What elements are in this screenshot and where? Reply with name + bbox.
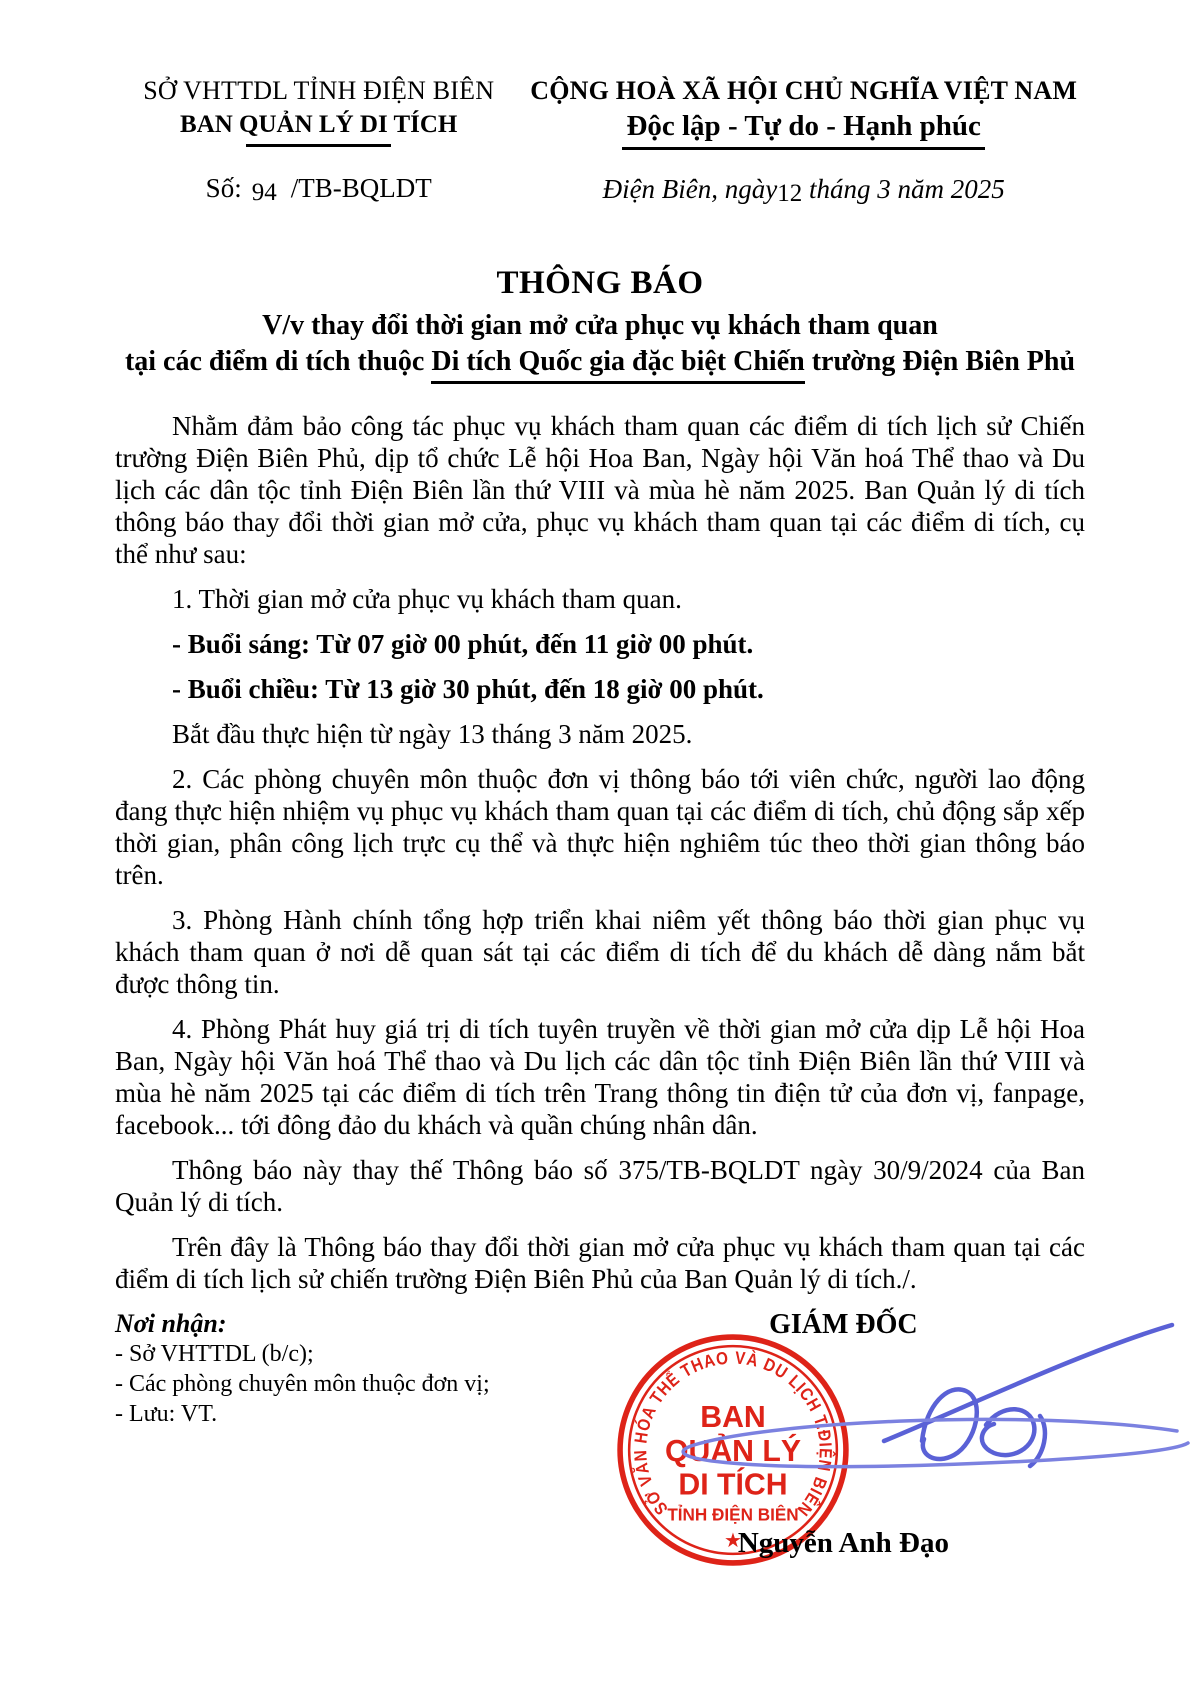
document-number: Số:94/TB-BQLDT xyxy=(115,173,522,204)
document-body: Nhằm đảm bảo công tác phục vụ khách tham… xyxy=(115,410,1085,1295)
date-day-value: 12 xyxy=(777,180,802,207)
body-paragraph-afternoon-hours: - Buổi chiều: Từ 13 giờ 30 phút, đến 18 … xyxy=(115,673,1085,705)
national-motto-block: CỘNG HOÀ XÃ HỘI CHỦ NGHĨA VIỆT NAM Độc l… xyxy=(522,76,1085,205)
document-header: SỞ VHTTDL TỈNH ĐIỆN BIÊN BAN QUẢN LÝ DI … xyxy=(115,76,1085,205)
place-and-date: Điện Biên, ngày12 tháng 3 năm 2025 xyxy=(522,174,1085,205)
recipient-item: - Các phòng chuyên môn thuộc đơn vị; xyxy=(115,1369,542,1399)
issuing-org-block: SỞ VHTTDL TỈNH ĐIỆN BIÊN BAN QUẢN LÝ DI … xyxy=(115,76,522,204)
body-paragraph: Thông báo này thay thế Thông báo số 375/… xyxy=(115,1154,1085,1218)
place-date-suffix: tháng 3 năm 2025 xyxy=(802,174,1005,204)
place-date-prefix: Điện Biên, ngày xyxy=(603,174,778,204)
org-name-underline xyxy=(246,144,391,147)
document-number-value: 94 xyxy=(252,179,277,206)
recipients-block: Nơi nhận: - Sở VHTTDL (b/c); - Các phòng… xyxy=(115,1309,542,1560)
subject-line-2-pre: tại các điểm di tích thuộc xyxy=(125,346,431,377)
signer-name: Nguyễn Anh Đạo xyxy=(542,1527,1085,1560)
subject-line-2: tại các điểm di tích thuộc Di tích Quốc … xyxy=(115,344,1085,383)
document-title: THÔNG BÁO xyxy=(115,265,1085,302)
body-paragraph: Trên đây là Thông báo thay đổi thời gian… xyxy=(115,1231,1085,1295)
recipients-label: Nơi nhận: xyxy=(115,1309,542,1339)
body-paragraph: 1. Thời gian mở cửa phục vụ khách tham q… xyxy=(115,583,1085,615)
recipient-item: - Sở VHTTDL (b/c); xyxy=(115,1339,542,1369)
body-paragraph: 3. Phòng Hành chính tổng hợp triển khai … xyxy=(115,904,1085,1000)
body-paragraph: Nhằm đảm bảo công tác phục vụ khách tham… xyxy=(115,410,1085,570)
signature-ink xyxy=(632,1313,1192,1548)
national-motto: Độc lập - Tự do - Hạnh phúc xyxy=(622,110,985,150)
body-paragraph-morning-hours: - Buổi sáng: Từ 07 giờ 00 phút, đến 11 g… xyxy=(115,628,1085,660)
signature-letters xyxy=(922,1389,1045,1466)
official-document: SỞ VHTTDL TỈNH ĐIỆN BIÊN BAN QUẢN LÝ DI … xyxy=(0,0,1200,1560)
parent-org-name: SỞ VHTTDL TỈNH ĐIỆN BIÊN xyxy=(115,76,522,106)
document-footer: Nơi nhận: - Sở VHTTDL (b/c); - Các phòng… xyxy=(115,1309,1085,1560)
document-number-label: Số: xyxy=(206,173,242,203)
body-paragraph: 2. Các phòng chuyên môn thuộc đơn vị thô… xyxy=(115,763,1085,891)
body-paragraph: 4. Phòng Phát huy giá trị di tích tuyên … xyxy=(115,1013,1085,1141)
subject-line-2-post: trường Điện Biên Phủ xyxy=(805,346,1075,377)
signing-block: GIÁM ĐỐC SỞ VĂN HÓA THỂ THAO VÀ DU LỊCH … xyxy=(542,1309,1085,1560)
org-name: BAN QUẢN LÝ DI TÍCH xyxy=(115,111,522,139)
subject-line-2-underlined: Di tích Quốc gia đặc biệt Chiến xyxy=(431,346,804,383)
national-title: CỘNG HOÀ XÃ HỘI CHỦ NGHĨA VIỆT NAM xyxy=(522,76,1085,106)
title-block: THÔNG BÁO V/v thay đổi thời gian mở cửa … xyxy=(115,265,1085,384)
recipient-item: - Lưu: VT. xyxy=(115,1399,542,1429)
subject-line-1: V/v thay đổi thời gian mở cửa phục vụ kh… xyxy=(115,308,1085,344)
body-paragraph: Bắt đầu thực hiện từ ngày 13 tháng 3 năm… xyxy=(115,718,1085,750)
document-number-suffix: /TB-BQLDT xyxy=(291,173,432,203)
